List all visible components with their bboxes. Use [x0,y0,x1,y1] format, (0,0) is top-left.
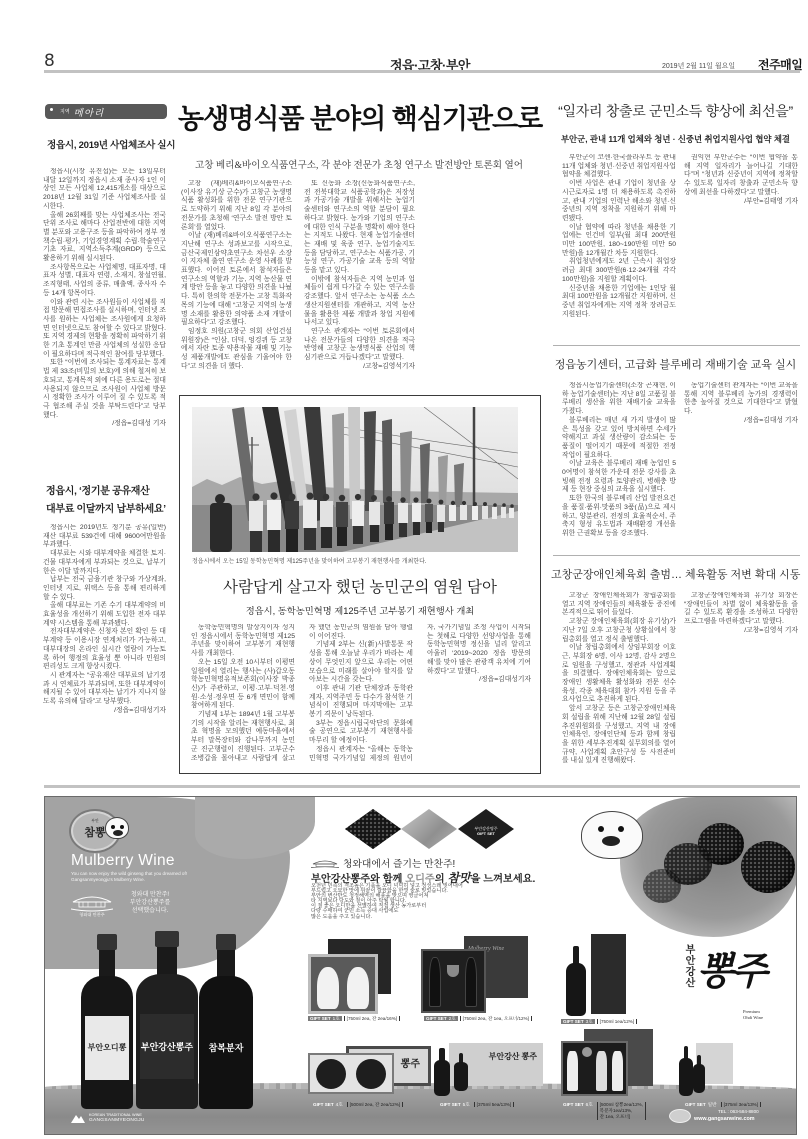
gift-box-text: 부안강산 뽕주 [489,1052,537,1061]
premium-label-line: Ohdi Wine [743,1015,763,1021]
paragraph: 임정호 의원(고창군 의회 산업건설위원장)은 “인삼, 더덕, 엉겅퀴 등 고… [181,328,292,372]
bottle-illustration: 참복분자 [199,934,253,1109]
gift-set-label: GIFT SET1호[750ml 2ea, 잔 2ea/16%] [308,1016,400,1022]
gift-set-number: 6호 [586,1102,595,1107]
gift-set-number: 3호 [586,1019,595,1024]
header-rule [44,70,800,73]
contact-phone: TEL : 063-584-8800 [718,1109,759,1114]
article-headline: 고창군장애인체육회 출범… 체육활동 저변 확대 시동 [551,566,800,582]
paragraph: 앞서 고창군 등은 고창군장애인체육회 설립을 위해 지난해 12월 28일 설… [562,705,676,766]
byline: /고창=김영석 기자 [684,627,798,636]
paragraph: 이날 협약에 따라 청년을 채용한 기업에는 인건비 일부(월 최대 200만원… [562,224,676,259]
paragraph: 취업청년에게도 2년 근속시 취업장려금 최대 300만원(6·12·24개월 … [562,258,676,284]
bottle-label: 부안강산뽕주 [140,1014,193,1079]
paragraph: 대부료는 시와 대부계약을 체결한 토지·건물 대부자에게 부과되는 것으로, … [43,550,166,576]
bottle-illustration [566,946,586,1016]
paragraph: 고창군장애인체육회 유기상 회장은 “장애인들이 차별 없이 체육활동을 즐길 … [684,592,798,627]
article-body: 정읍시농업기술센터(소장 곤재현, 이하 농업기술센터)는 지난 8일 고품질 … [562,382,798,546]
gift-set-badge: GIFT SET [311,1102,336,1107]
article-body: 정읍시(시장 유진섭)는 오는 13일부터 내달 12일까지 정읍시 소재 종사… [43,168,166,464]
byline: /정읍=김대성기자 [43,707,166,716]
gift-set-label: GIFT SET5호[375ml 5ea/13%] [438,1102,514,1108]
gift-box-text: 뽕주 [401,1059,420,1070]
paragraph: 동학농민혁명의 발상지이자 성지인 정읍시에서 동학농민혁명 제125주년을 맞… [191,624,295,659]
paragraph: 전자대부계약은 신청자 본인 확인 등 대부계약 등 이용시장 연계처리가 가능… [43,628,166,672]
gift-set-label: GIFT SET4호[500ml 2ea, 잔 2ea/12%] [311,1102,403,1108]
headline-line: 정읍시, ‘정기분 공유재산 [46,483,166,501]
article-subheadline: 부안군, 관내 11개 업체와 청년 · 신중년 취업지원사업 협약 체결 [551,133,800,145]
paragraph: 기념제 2부는 신(新)사발통문 작성을 통해 오늘날 우리가 바라는 세상이 … [309,641,413,685]
brush-background [195,797,315,859]
article-body: 정읍시는 2019년도 정기분 공유(일반)재산 대부료 539건에 대해 96… [43,524,166,774]
page-number: 8 [44,51,55,71]
gift-set-spec: [750ml 1ea/12%] [597,1019,637,1024]
gift-set-spec: [500ml 2ea, 잔 2ea/12%] [347,1102,403,1107]
gift-box-illustration [421,949,486,1013]
article-divider [553,555,800,556]
paragraph: 이후 관내 기관 단체장과 동학관계자, 지역주민 등 다수가 참석한 기념식이… [309,685,413,720]
gift-box-illustration [591,934,626,1014]
gift-box-illustration [561,1041,628,1096]
byline: /정읍=김대성 기자 [43,420,166,429]
ad-divider [44,785,800,788]
gift-set-badge: GIFT SET [438,1102,463,1107]
byline: /정읍=김대성 기자 [684,417,798,426]
article-headline: 정읍시, 2019년 사업체조사 실시 [47,137,175,151]
ad-headline: 청와대에서 즐기는 만찬주! [343,856,455,870]
gift-set-spec: [750ml 2ea, 잔 2ea/16%] [344,1016,400,1021]
blue-house-emblem-icon [71,890,113,912]
column-banner: 지역 메아리 [45,104,167,119]
paragraph: 부안군이 코센·한국플라우트 등 관내 11개 업체와 청년·신중년 취업지원사… [562,154,676,180]
gift-set-number: 2호 [449,1016,458,1021]
gift-set-label: GIFT SET일반[375ml 3ea/13%] [683,1102,761,1108]
premium-label: Premium Ohdi Wine [743,1009,763,1021]
paragraph: 시 관계자는 “공유재산 대부료의 납기경과 시 연체료가 부과되며, 또한 대… [43,672,166,707]
mascot-icon [105,817,129,839]
feature-headline: 사람답게 살고자 했던 농민군의 염원 담아 [179,575,541,597]
description-line: 많은 도움을 주고 있습니다. [311,915,571,920]
article-body: 동학농민혁명의 발상지이자 성지인 정읍시에서 동학농민혁명 제125주년을 맞… [191,624,531,767]
gift-set-number: 1호 [333,1016,342,1021]
mulberry-icon [741,841,795,893]
gift-set-badge: GIFT SET [308,1016,333,1021]
fruit-photo-diamond [401,809,457,849]
bottle-illustration: 부안강산뽕주 [136,931,198,1109]
gift-set-spec: [750ml 2ea, 잔 1ea, 오프너/12%] [460,1016,532,1021]
byline: /부안=김태영 기자 [684,198,798,207]
paragraph: 또 신동화 소장(신동화식품연구소, 전 전북대학교 식품공학과)은 저장성과 … [304,180,415,276]
paragraph: 농업기술센터 관계자는 “이번 교육을 통해 지역 블루베리 농가의 경쟁력이 … [684,382,798,417]
paragraph: 정읍시는 2019년도 정기분 공유(일반)재산 대부료 539건에 대해 96… [43,524,166,550]
paragraph: 고창 (재)베리&바이오식품연구소(이사장 유기상 군수)가 고창군 농생명식품… [181,180,292,232]
blue-house-line: 청와대 만찬주! [119,891,181,899]
paragraph: 조사항목으로는 사업체명, 대표자명, 대표자 성별, 대표자 연령, 소재지,… [43,264,166,299]
paragraph: 올해 26회째를 맞는 사업체조사는 전국 단위 조사로 해마다 산업전반에 대… [43,212,166,264]
gift-set-number: 4호 [336,1102,345,1107]
article-headline: 정읍시, ‘정기분 공유재산 대부료 이달까지 납부하세요’ [46,483,166,519]
article-headline: 정읍농기센터, 고급화 블루베리 재배기술 교육 실시 [551,356,800,372]
gift-set-badge: GIFT SET [561,1019,586,1024]
paragraph: 이와 관련 시는 조사원들이 사업체를 직접 방문해 면접조사를 실시하며, 인… [43,299,166,360]
paragraph: 신중년을 채용한 기업에는 1인당 월 최대 100만원을 12개월간 지원하며… [562,285,676,320]
gift-set-number: 일반 [708,1102,719,1107]
paragraph: 올해 대부료는 기존 수기 대부계약의 비효율성을 개선하기 위해 도입한 전자… [43,602,166,628]
gift-set-badge: GIFT SET [683,1102,708,1107]
ad-description: 오천년 민족의 격조높은 기품을 오디 넉넉히 넣고 정성스레 빚어내어 부드럽… [311,884,571,920]
gift-set-spec: [375ml 3ea/13%] [721,1102,761,1107]
mulberry-icon [643,869,681,903]
bottle-illustration [434,1048,450,1096]
bottle-illustration: 부안오디뽕 [81,934,133,1109]
paragraph: 고창군 장애인체육회(회장 유기상)가 지난 7일 오후 고창군청 상황실에서 … [562,618,676,644]
gift-set-label: GIFT SET2호[750ml 2ea, 잔 1ea, 오프너/12%] [424,1016,532,1022]
ad-title: Mulberry Wine [71,852,175,870]
paragraph: 납부는 전국 금융기관 창구와 가상계좌, 인터넷 지로, 위택스 등을 통해 … [43,576,166,602]
paragraph: 이날 창립총회에서 상임부회장 이호근, 부회장 6명, 이사 12명, 감사 … [562,644,676,705]
maker-logo: KOREAN TRADITIONAL WINE GANGSANMYEONGJU [71,1113,145,1123]
blue-house-line: 부안강산뽕주를 [119,899,181,907]
gift-set-label: GIFT SET6호[500ml 참뽕2ea/12%,복분자1ea/13%,잔 … [561,1102,646,1120]
paragraph: 권익현 부안군수는 “이번 협약을 통해 지역 일자리가 늘어나길 기대한다”며… [684,154,798,198]
gift-set-spec-line: 잔 1ea, 오프너] [600,1114,643,1120]
mascot-icon [581,811,643,859]
gift-set-spec: [500ml 참뽕2ea/12%,복분자1ea/13%,잔 1ea, 오프너] [597,1102,646,1120]
main-headline: 농생명식품 분야의 핵심기관으로 [178,101,540,137]
emblem-label: 청와대 만찬주 [69,912,115,918]
banner-label-small: 지역 [60,108,70,115]
paragraph: 이날 교육은 블루베리 재배 농업인 50여명이 참석한 가운데 전문 강사를 … [562,460,676,495]
byline: /정읍=김대성기자 [427,676,531,685]
main-subheadline: 고창 베리&바이오식품연구소, 각 분야 전문가 초청 연구소 발전방안 토론회… [178,157,540,171]
blue-house-line: 선택했습니다. [119,907,181,915]
gift-set-number: 5호 [463,1102,472,1107]
gift-box-illustration [308,954,378,1014]
paragraph: 블루베리는 매년 새 가지 발생이 많은 특성을 갖고 있어 방치하면 수세가 … [562,417,676,461]
article-body: 고창 (재)베리&바이오식품연구소(이사장 유기상 군수)가 고창군 농생명식품… [181,180,538,383]
company-seal-icon [669,1109,691,1123]
article-body: 고창군 장애인체육회가 창립총회를 열고 지역 장애인들의 체육활동 증진에 본… [562,592,798,773]
diamond-text: GIFT SET [458,831,514,836]
bottle-label: 부안오디뽕 [85,1016,130,1080]
gift-set-spec: [375ml 5ea/13%] [474,1102,514,1107]
blue-house-emblem-icon [311,858,339,868]
blue-house-text: 청와대 만찬주! 부안강산뽕주를 선택했습니다. [119,891,181,915]
paragraph: 이날 (재)베리&바이오식품연구소는 지난해 연구소 성과보고를 시작으로, 금… [181,232,292,328]
paragraph: 이밖에 참석자들은 지역 농민과 업체들이 쉽게 다가갈 수 있는 연구소를 강… [304,276,415,328]
article-headline: “일자리 창출로 군민소득 향상에 최선을” [551,101,800,121]
paragraph: 또한 한국의 블루베리 산업 발전요건을 품질·품위·맛품의 3품(品)으로 제… [562,495,676,539]
tagline-line: Gangsanmyeongju's Mulberry Wine. [71,877,261,883]
paragraph: 정읍시농업기술센터(소장 곤재현, 이하 농업기술센터)는 지난 8일 고품질 … [562,382,676,417]
berry-photo-diamond [345,809,401,849]
ad-tagline: You can now enjoy the wild ginseng that … [71,871,261,883]
feature-subheadline: 정읍시, 동학농민혁명 제125주년 고부봉기 재현행사 개최 [179,603,541,617]
photo-illustration [192,407,518,552]
brand-calligraphy-large: 뽕주 [697,940,764,995]
gift-set-badge: GIFT SET [424,1016,449,1021]
brand-calligraphy-small: 부안강산 [681,944,696,988]
paragraph: 오는 15일 오전 10시부터 이평면 일원에서 열리는 행사는 (사)갑오동학… [191,659,295,711]
paragraph: 또한 “이번에 조사되는 통계자료는 통계법 제 33조(비밀의 보호)에 의해… [43,359,166,420]
gift-set-badge: GIFT SET [561,1102,586,1107]
banner-label-large: 메아리 [74,105,105,119]
photo-caption: 정읍시에서 오는 15일 동학농민혁명 제125주년을 맞이하여 고부봉기 재현… [192,556,522,565]
paragraph: 고창군 장애인체육회가 창립총회를 열고 지역 장애인들의 체육활동 증진에 본… [562,592,676,618]
parade-photo [192,407,518,552]
paragraph: 정읍시(시장 유진섭)는 오는 13일부터 내달 12일까지 정읍시 소재 종사… [43,168,166,212]
gift-set-label: GIFT SET3호[750ml 1ea/12%] [561,1019,637,1025]
byline: /고창=김영석기자 [304,363,415,372]
article-divider [553,345,800,346]
gift-set-diamond: 부안강산명주 GIFT SET [458,809,514,849]
mulberry-wine-advertisement: 부안 참뽕 Mulberry Wine You can now enjoy th… [44,796,797,1135]
bullet-icon [50,108,53,111]
mountain-logo-icon [71,1113,85,1123]
bottle-label: 참복분자 [203,1016,249,1080]
maker-logo-name: GANGSANMYEONGJU [89,1118,145,1123]
bottle-illustration [454,1053,468,1091]
contact-website: www.gangsanwine.com [694,1116,755,1122]
paragraph: 이번 사업은 관내 기업이 청년을 상시근로자로 1명 더 채용하도록 촉진하고… [562,180,676,224]
gift-box-illustration [308,1053,394,1094]
paragraph: 연구소 관계자는 “이번 토론회에서 나온 전문가들의 다양한 의견을 적극 반… [304,328,415,363]
bottle-illustration [679,1046,693,1096]
bottle-illustration [693,1055,705,1093]
headline-line: 대부료 이달까지 납부하세요’ [46,501,166,519]
article-body: 부안군이 코센·한국플라우트 등 관내 11개 업체와 청년·신중년 취업지원사… [562,154,798,336]
paragraph: 3부는 정읍시립국악단의 문화예술 공연으로 고부봉기 재현행사를 마무리 할 … [309,720,413,746]
